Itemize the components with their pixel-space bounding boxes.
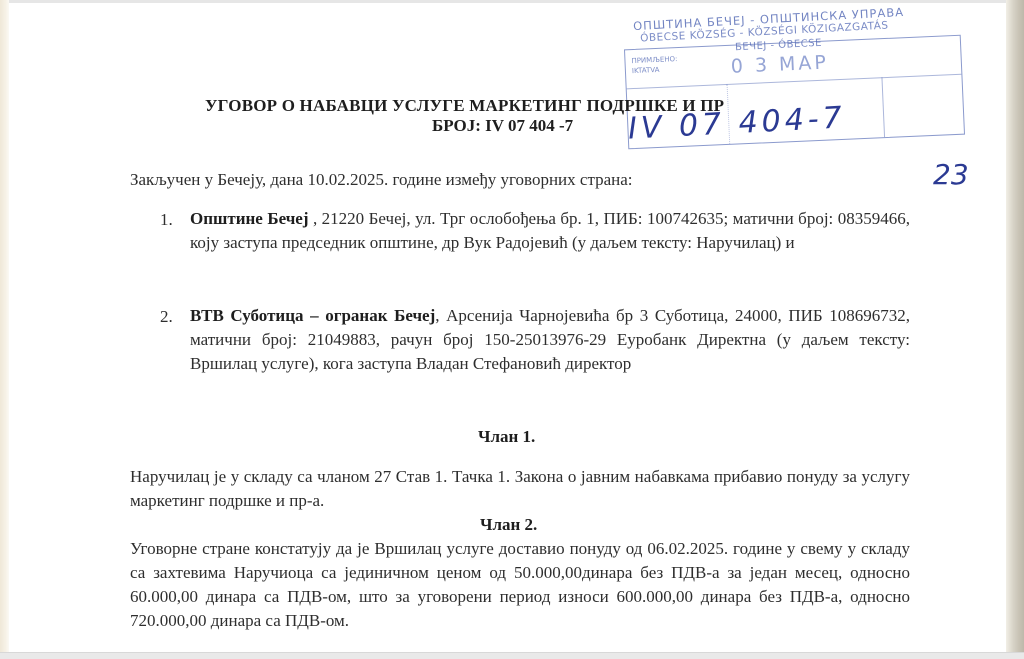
party-1-number: 1. — [160, 210, 173, 230]
stamp-received-date: 0 3 МАР — [730, 51, 829, 77]
document-number: БРОЈ: IV 07 404 -7 — [432, 116, 573, 136]
article-2-heading: Члан 2. — [480, 515, 537, 535]
page-left-edge — [0, 0, 9, 652]
party-1-name: Општине Бечеј — [190, 209, 308, 228]
party-1-text: Општине Бечеј , 21220 Бечеј, ул. Трг осл… — [190, 207, 910, 255]
viewer-bottom-band — [0, 652, 1024, 659]
party-2-text: ВТВ Суботица – огранак Бечеј, Арсенија Ч… — [190, 304, 910, 376]
stamp-received-label: ПРИМЉЕНО:IKTATVA — [631, 54, 678, 76]
scanned-document-page: ОПШТИНА БЕЧЕЈ - ОПШТИНСКА УПРАВА ÓBECSE … — [0, 0, 1024, 659]
intro-line: Закључен у Бечеју, дана 10.02.2025. годи… — [130, 168, 633, 192]
article-1-heading: Члан 1. — [478, 427, 535, 447]
party-2-name: ВТВ Суботица – огранак Бечеј — [190, 306, 435, 325]
article-1-text: Наручилац је у складу са чланом 27 Став … — [130, 465, 910, 513]
page-top-border — [0, 0, 1024, 3]
article-2-text: Уговорне стране констатују да је Вршилац… — [130, 537, 910, 633]
page-right-edge — [1006, 0, 1024, 652]
handwritten-page-number: 23 — [933, 158, 969, 191]
party-2-number: 2. — [160, 307, 173, 327]
document-title: УГОВОР О НАБАВЦИ УСЛУГЕ МАРКЕТИНГ ПОДРШК… — [205, 96, 724, 116]
